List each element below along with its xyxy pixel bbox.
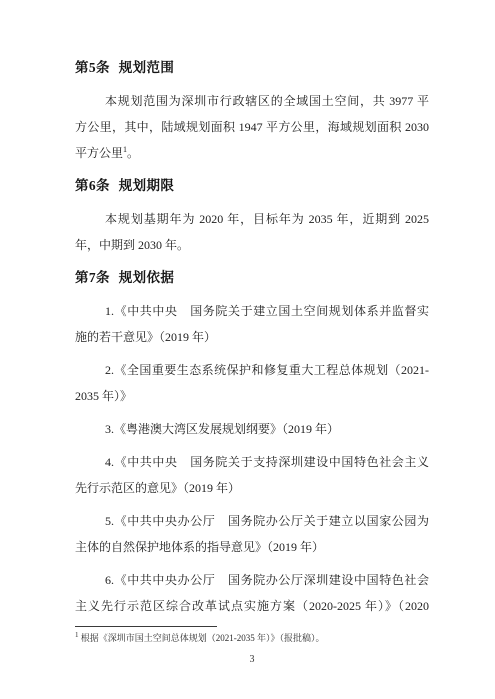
body-line: 3.《粤港澳大湾区发展规划纲要》（2019 年） [75, 416, 429, 442]
article-6-paragraph: 本规划基期年为 2020 年，目标年为 2035 年，近期到 2025 年，中期… [75, 206, 429, 258]
reference-item-5: 5.《中共中央办公厅 国务院办公厅关于建立以国家公园为 主体的自然保护地体系的指… [75, 508, 429, 560]
reference-item-1: 1.《中共中央 国务院关于建立国土空间规划体系并监督实 施的若干意见》（2019… [75, 298, 429, 350]
footnote-marker: 1 [75, 631, 79, 639]
body-line: 施的若干意见》（2019 年） [75, 324, 429, 350]
body-line: 6.《中共中央办公厅 国务院办公厅深圳建设中国特色社会 [75, 567, 429, 593]
body-text: 。 [127, 146, 139, 160]
footnote-divider [75, 626, 217, 627]
reference-item-3: 3.《粤港澳大湾区发展规划纲要》（2019 年） [75, 416, 429, 442]
body-line: 2035 年）》 [75, 383, 429, 409]
body-line: 2.《全国重要生态系统保护和修复重大工程总体规划（2021- [75, 357, 429, 383]
body-line: 1.《中共中央 国务院关于建立国土空间规划体系并监督实 [75, 298, 429, 324]
body-line: 先行示范区的意见》（2019 年） [75, 475, 429, 501]
body-line: 5.《中共中央办公厅 国务院办公厅关于建立以国家公园为 [75, 508, 429, 534]
article-5-paragraph: 本规划范围为深圳市行政辖区的全域国土空间，共 3977 平 方公里，其中，陆域规… [75, 88, 429, 166]
footnote-text: 根据《深圳市国土空间总体规划（2021-2035 年）》（报批稿）。 [81, 633, 325, 643]
body-line: 主义先行示范区综合改革试点实施方案（2020-2025 年）》（2020 [75, 593, 429, 619]
article-6-heading: 第6条 规划期限 [75, 173, 429, 199]
reference-item-6: 6.《中共中央办公厅 国务院办公厅深圳建设中国特色社会 主义先行示范区综合改革试… [75, 567, 429, 619]
body-line: 本规划基期年为 2020 年，目标年为 2035 年，近期到 2025 [75, 206, 429, 232]
document-page: 第5条 规划范围 本规划范围为深圳市行政辖区的全域国土空间，共 3977 平 方… [0, 0, 495, 699]
page-number: 3 [75, 653, 429, 667]
reference-item-4: 4.《中共中央 国务院关于支持深圳建设中国特色社会主义 先行示范区的意见》（20… [75, 449, 429, 501]
body-line: 年，中期到 2030 年。 [75, 232, 429, 258]
body-text: 平方公里 [75, 146, 123, 160]
body-line: 主体的自然保护地体系的指导意见》（2019 年） [75, 534, 429, 560]
body-line: 平方公里1。 [75, 140, 429, 166]
article-5-heading: 第5条 规划范围 [75, 55, 429, 81]
body-line: 本规划范围为深圳市行政辖区的全域国土空间，共 3977 平 [75, 88, 429, 114]
reference-item-2: 2.《全国重要生态系统保护和修复重大工程总体规划（2021- 2035 年）》 [75, 357, 429, 409]
body-line: 4.《中共中央 国务院关于支持深圳建设中国特色社会主义 [75, 449, 429, 475]
body-line: 方公里，其中，陆域规划面积 1947 平方公里，海域规划面积 2030 [75, 114, 429, 140]
footnote: 1 根据《深圳市国土空间总体规划（2021-2035 年）》（报批稿）。 [75, 632, 429, 645]
article-7-heading: 第7条 规划依据 [75, 265, 429, 291]
